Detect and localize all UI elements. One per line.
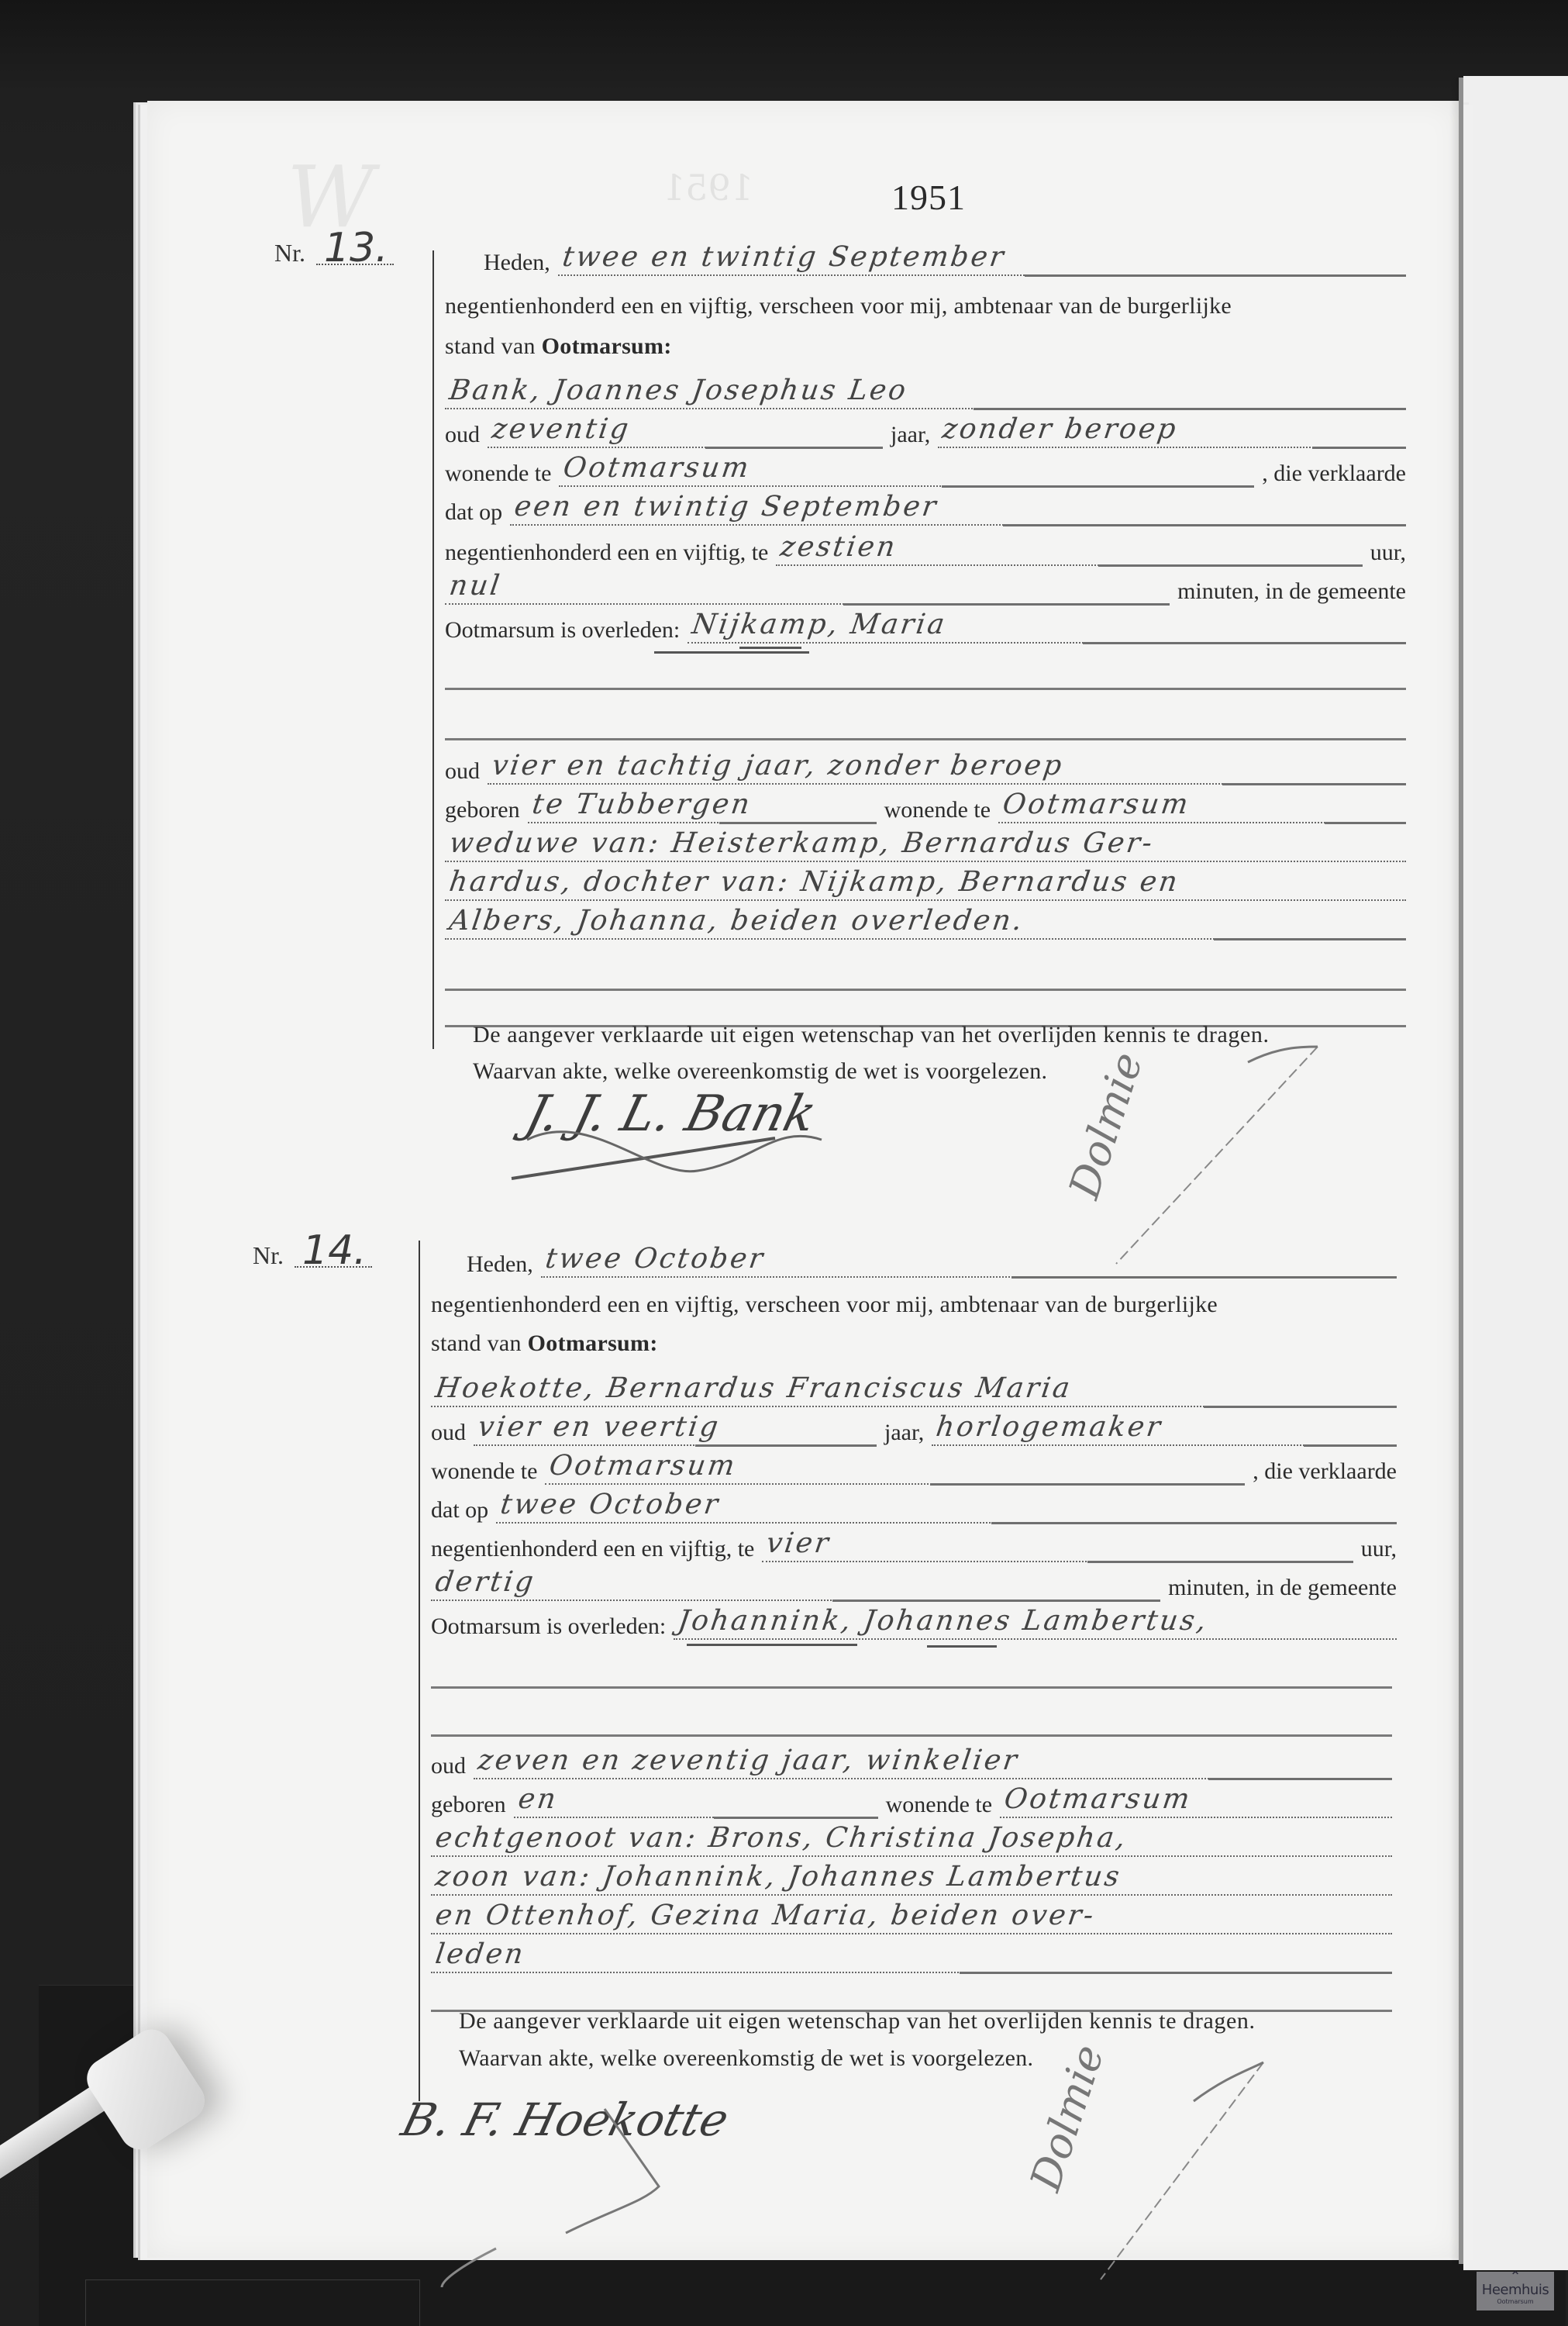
column-divider <box>432 250 434 1049</box>
handwritten-date: twee October <box>543 1243 767 1275</box>
name-underline <box>739 647 801 649</box>
entry-number: Nr.13. <box>274 233 394 267</box>
form-line: stand van Ootmarsum: <box>431 1330 658 1357</box>
handwritten-deceased: Nijkamp, Maria <box>690 609 949 640</box>
register-year: 1951 <box>891 177 966 218</box>
form-line: negentienhonderd een en vijftig, versche… <box>445 293 1232 319</box>
name-underline <box>927 1645 997 1648</box>
book-cover-frame <box>85 2279 420 2326</box>
form-line: stand van Ootmarsum: <box>445 333 672 360</box>
handwritten-deceased: Johannink, Johannes Lambertus, <box>676 1605 1210 1637</box>
handwritten-declarant: Bank, Joannes Josephus Leo <box>447 374 910 406</box>
closing-statement: Waarvan akte, welke overeenkomstig de we… <box>459 2045 1033 2072</box>
entry-number-value: 13. <box>316 233 394 265</box>
closing-statement: De aangever verklaarde uit eigen wetensc… <box>459 2008 1256 2034</box>
signature-official-stroke <box>1039 2047 1287 2295</box>
archive-watermark: ⌃ Heemhuis Ootmarsum <box>1477 2272 1554 2310</box>
bleed-through-year: 1951 <box>663 167 753 209</box>
roof-icon: ⌃ <box>1477 2272 1554 2283</box>
column-divider <box>419 1241 420 2101</box>
form-line: negentienhonderd een en vijftig, versche… <box>431 1292 1218 1318</box>
entry-number: Nr.14. <box>253 1235 372 1270</box>
book-spine <box>1459 78 1463 2264</box>
handwritten-declarant: Hoekotte, Bernardus Franciscus Maria <box>433 1372 1073 1404</box>
entry-number-value: 14. <box>295 1235 372 1268</box>
signature-flourish <box>380 2093 705 2295</box>
name-underline <box>741 1644 849 1646</box>
handwritten-date: twee en twintig September <box>560 241 1008 273</box>
closing-statement: Waarvan akte, welke overeenkomstig de we… <box>473 1058 1047 1085</box>
signature-flourish <box>496 1109 992 1186</box>
facing-page <box>1463 76 1568 2270</box>
